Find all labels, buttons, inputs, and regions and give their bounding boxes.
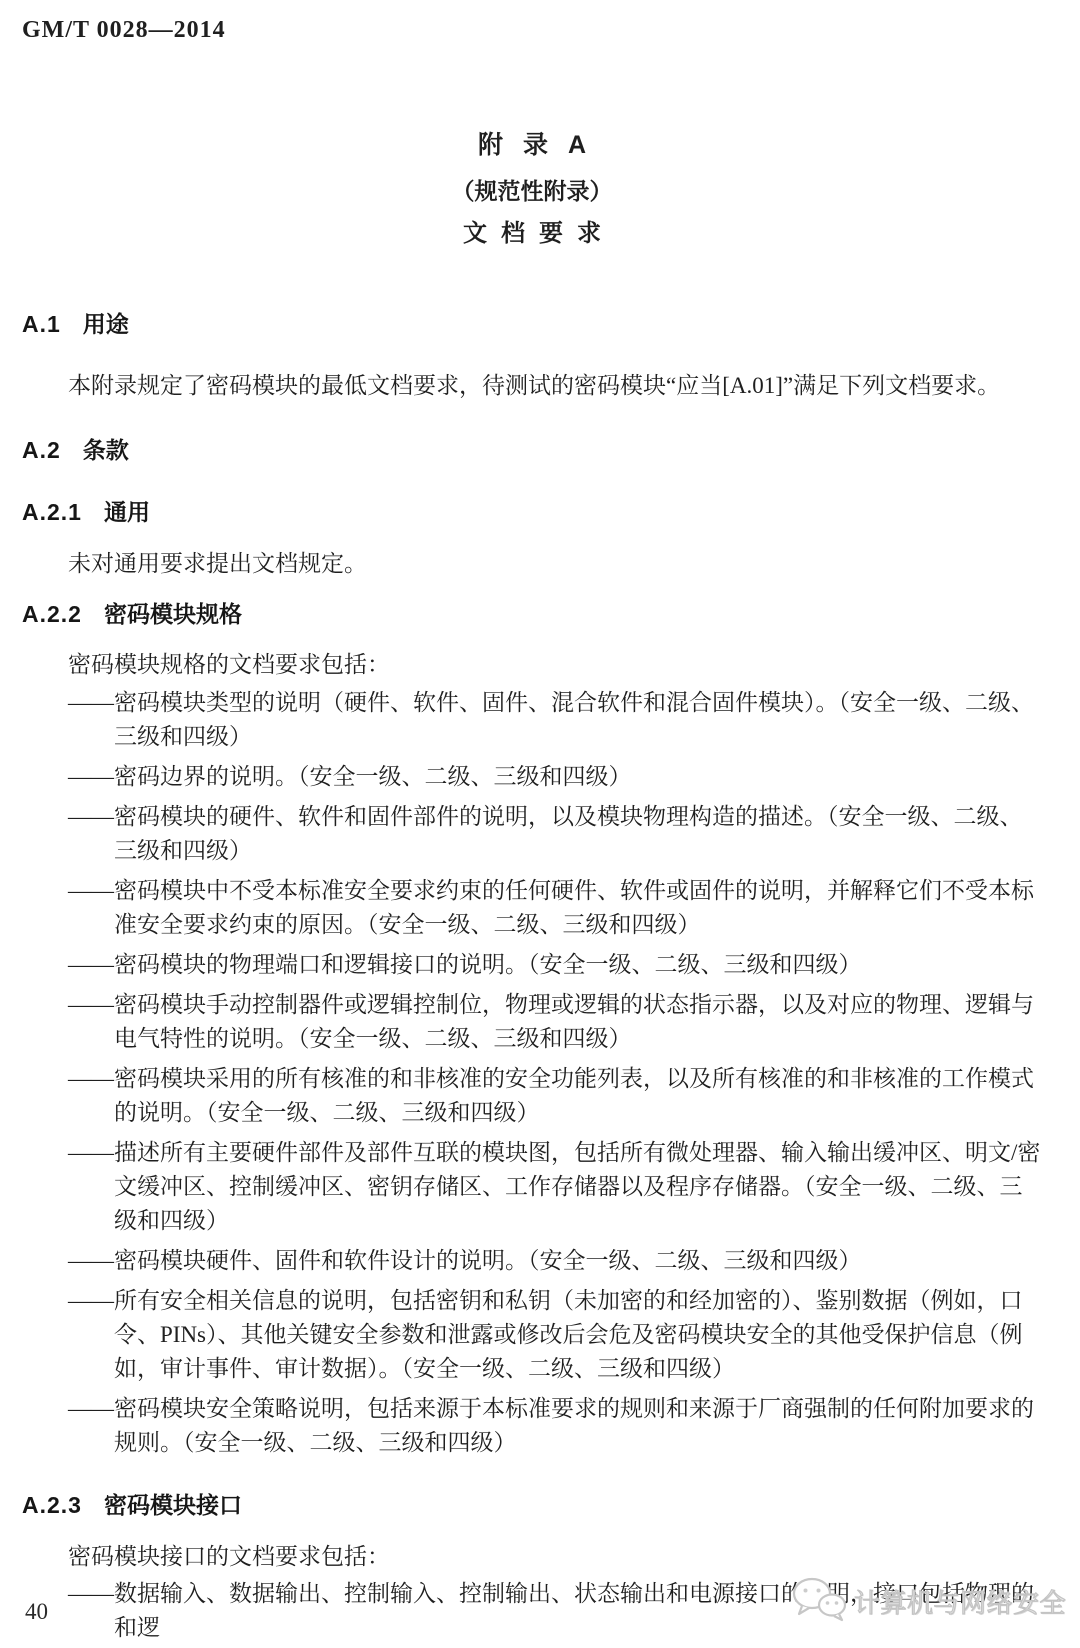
section-heading-a22: A.2.2密码模块规格 [22, 599, 1042, 629]
list-item: ——密码模块类型的说明（硬件、软件、固件、混合软件和混合固件模块）。（安全一级、… [22, 686, 1042, 754]
section-number: A.2 [22, 435, 61, 465]
page-number: 40 [25, 1596, 48, 1628]
list-item: ——密码模块手动控制器件或逻辑控制位，物理或逻辑的状态指示器，以及对应的物理、逻… [22, 988, 1042, 1056]
list-item: ——密码模块硬件、固件和软件设计的说明。（安全一级、二级、三级和四级） [22, 1244, 1042, 1278]
list-item: ——密码边界的说明。（安全一级、二级、三级和四级） [22, 760, 1042, 794]
list-item: ——所有安全相关信息的说明，包括密钥和私钥（未加密的和经加密的）、鉴别数据（例如… [22, 1284, 1042, 1386]
section-number: A.2.2 [22, 599, 82, 629]
section-number: A.2.3 [22, 1490, 82, 1520]
section-title: 条款 [83, 437, 129, 463]
list-item: ——密码模块安全策略说明，包括来源于本标准要求的规则和来源于厂商强制的任何附加要… [22, 1392, 1042, 1460]
section-heading-a21: A.2.1通用 [22, 497, 1042, 527]
section-heading-a1: A.1用途 [22, 309, 1042, 339]
list-item: ——数据输入、数据输出、控制输入、控制输出、状态输出和电源接口的说明，接口包括物… [22, 1577, 1042, 1645]
section-title: 用途 [83, 311, 129, 337]
section-heading-a2: A.2条款 [22, 435, 1042, 465]
appendix-title-line2: （规范性附录） [22, 176, 1042, 206]
paragraph: 未对通用要求提出文档规定。 [22, 547, 1042, 581]
appendix-title-block: 附录A （规范性附录） 文档要求 [22, 130, 1042, 249]
requirements-list-a22: ——密码模块类型的说明（硬件、软件、固件、混合软件和混合固件模块）。（安全一级、… [22, 686, 1042, 1460]
section-number: A.1 [22, 309, 61, 339]
list-item: ——密码模块的硬件、软件和固件部件的说明，以及模块物理构造的描述。（安全一级、二… [22, 800, 1042, 868]
section-heading-a23: A.2.3密码模块接口 [22, 1490, 1042, 1520]
paragraph: 本附录规定了密码模块的最低文档要求，待测试的密码模块“应当[A.01]”满足下列… [22, 369, 1042, 403]
list-item: ——密码模块采用的所有核准的和非核准的安全功能列表，以及所有核准的和非核准的工作… [22, 1062, 1042, 1130]
list-item: ——描述所有主要硬件部件及部件互联的模块图，包括所有微处理器、输入输出缓冲区、明… [22, 1136, 1042, 1238]
document-page: GM/T 0028—2014 附录A （规范性附录） 文档要求 A.1用途 本附… [0, 0, 1080, 1645]
standard-code-header: GM/T 0028—2014 [22, 14, 1042, 46]
appendix-title-line1: 附录A [22, 130, 1042, 160]
list-item: ——密码模块中不受本标准安全要求约束的任何硬件、软件或固件的说明，并解释它们不受… [22, 874, 1042, 942]
list-intro: 密码模块规格的文档要求包括： [22, 648, 1042, 682]
appendix-title-line3: 文档要求 [22, 219, 1042, 249]
section-title: 密码模块接口 [104, 1492, 242, 1518]
requirements-list-a23: ——数据输入、数据输出、控制输入、控制输出、状态输出和电源接口的说明，接口包括物… [22, 1577, 1042, 1645]
section-title: 密码模块规格 [104, 601, 242, 627]
section-number: A.2.1 [22, 497, 82, 527]
section-title: 通用 [104, 499, 150, 525]
list-item: ——密码模块的物理端口和逻辑接口的说明。（安全一级、二级、三级和四级） [22, 948, 1042, 982]
list-intro: 密码模块接口的文档要求包括： [22, 1540, 1042, 1574]
